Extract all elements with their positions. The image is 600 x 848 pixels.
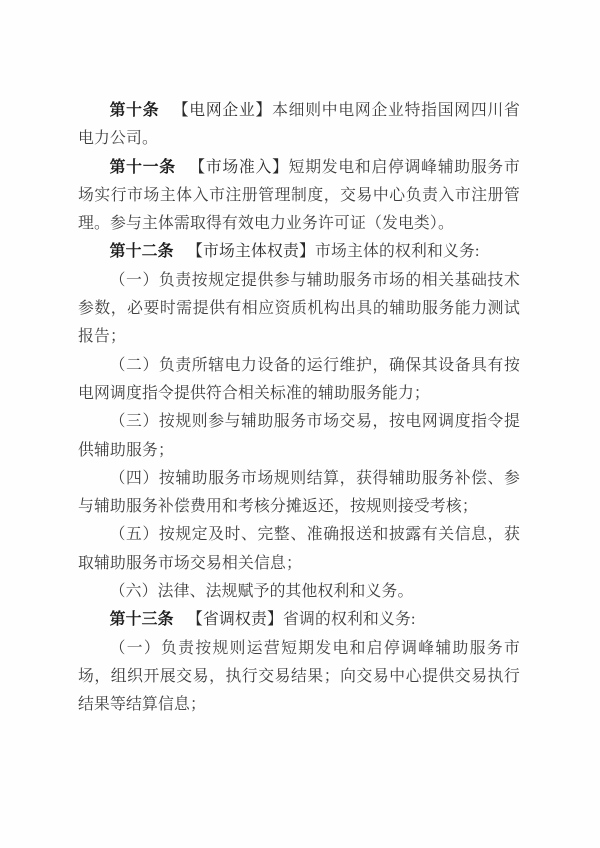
article-title-bracket: 【市场主体权责】 bbox=[187, 243, 315, 260]
paragraph-text: （一）负责按规定提供参与辅助服务市场的相关基础技术参数，必要时需提供有相应资质机… bbox=[78, 272, 520, 346]
article-12-item-1: （一）负责按规定提供参与辅助服务市场的相关基础技术参数，必要时需提供有相应资质机… bbox=[78, 267, 520, 352]
article-title-bracket: 【市场准入】 bbox=[189, 159, 288, 176]
article-number: 第十三条 bbox=[110, 611, 174, 628]
paragraph-text: （三）按规则参与辅助服务市场交易，按电网调度指令提供辅助服务； bbox=[78, 413, 520, 458]
paragraph-text: （六）法律、法规赋予的其他权利和义务。 bbox=[110, 583, 414, 600]
paragraph-text: （二）负责所辖电力设备的运行维护，确保其设备具有按电网调度指令提供符合相关标准的… bbox=[78, 357, 520, 402]
article-title-bracket: 【省调权责】 bbox=[187, 611, 283, 628]
paragraph-text: （五）按规定及时、完整、准确报送和披露有关信息，获取辅助服务市场交易相关信息； bbox=[78, 526, 520, 571]
article-13-paragraph: 第十三条【省调权责】省调的权利和义务: bbox=[78, 606, 520, 634]
paragraph-text: 市场主体的权利和义务: bbox=[315, 243, 480, 260]
article-13-item-1: （一）负责按规则运营短期发电和启停调峰辅助服务市场，组织开展交易，执行交易结果；… bbox=[78, 635, 520, 720]
article-title-bracket: 【电网企业】 bbox=[173, 102, 272, 119]
paragraph-text: （四）按辅助服务市场规则结算，获得辅助服务补偿、参与辅助服务补偿费用和考核分摊返… bbox=[78, 470, 520, 515]
article-number: 第十一条 bbox=[110, 159, 176, 176]
document-page: 第十条【电网企业】本细则中电网企业特指国网四川省电力公司。 第十一条【市场准入】… bbox=[0, 0, 600, 848]
article-10-paragraph: 第十条【电网企业】本细则中电网企业特指国网四川省电力公司。 bbox=[78, 97, 520, 154]
article-12-item-5: （五）按规定及时、完整、准确报送和披露有关信息，获取辅助服务市场交易相关信息； bbox=[78, 521, 520, 578]
article-11-paragraph: 第十一条【市场准入】短期发电和启停调峰辅助服务市场实行市场主体入市注册管理制度，… bbox=[78, 154, 520, 239]
paragraph-text: 省调的权利和义务: bbox=[283, 611, 416, 628]
article-12-item-6: （六）法律、法规赋予的其他权利和义务。 bbox=[78, 578, 520, 606]
article-12-item-3: （三）按规则参与辅助服务市场交易，按电网调度指令提供辅助服务； bbox=[78, 408, 520, 465]
article-12-item-4: （四）按辅助服务市场规则结算，获得辅助服务补偿、参与辅助服务补偿费用和考核分摊返… bbox=[78, 465, 520, 522]
article-12-paragraph: 第十二条【市场主体权责】市场主体的权利和义务: bbox=[78, 238, 520, 266]
paragraph-text: （一）负责按规则运营短期发电和启停调峰辅助服务市场，组织开展交易，执行交易结果；… bbox=[78, 640, 520, 714]
article-12-item-2: （二）负责所辖电力设备的运行维护，确保其设备具有按电网调度指令提供符合相关标准的… bbox=[78, 352, 520, 409]
article-number: 第十二条 bbox=[110, 243, 174, 260]
article-number: 第十条 bbox=[110, 102, 160, 119]
